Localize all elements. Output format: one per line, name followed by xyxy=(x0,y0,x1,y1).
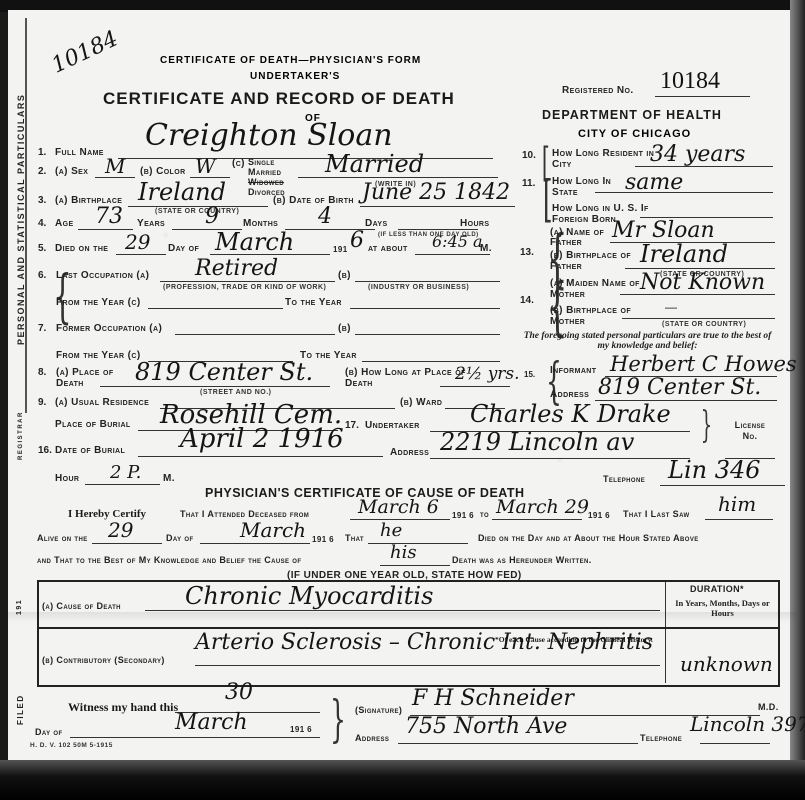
city-label: CITY OF CHICAGO xyxy=(578,128,691,140)
attended-from-value: March 6 xyxy=(358,496,439,518)
color-value: W xyxy=(195,154,216,178)
death-year-value: 6 xyxy=(350,228,364,253)
side-label-filed: FILED xyxy=(16,694,25,725)
marital-options: Single Married Widowed Divorced xyxy=(248,157,285,197)
scan-border-bottom xyxy=(0,760,805,800)
side-label-filed-year: 191 xyxy=(16,599,23,615)
hour-label: Hour xyxy=(55,473,79,484)
informant-label: Informant xyxy=(550,365,596,376)
undertaker-value: Charles K Drake xyxy=(470,400,671,428)
informant-address-label: Address xyxy=(550,389,589,400)
duration-title: DURATION* xyxy=(690,584,744,594)
mother-birthplace-label: (b) Birthplace of Mother xyxy=(550,305,640,327)
physician-address-value: 755 North Ave xyxy=(405,714,567,739)
hereby-certify-label: I Hereby Certify xyxy=(68,508,146,520)
death-time-value: 6:45 a xyxy=(432,232,483,251)
color-label: (b) Color xyxy=(140,166,186,177)
mother-maiden-label: (a) Maiden Name of Mother xyxy=(550,278,640,300)
registered-no-label: Registered No. xyxy=(562,85,634,96)
registered-no-value: 10184 xyxy=(660,68,720,95)
physician-telephone-label: Telephone xyxy=(640,733,682,743)
father-birthplace-value: Ireland xyxy=(640,240,728,268)
undertaker-telephone-label: Telephone xyxy=(603,474,645,484)
date-of-birth-value: June 25 1842 xyxy=(362,180,510,205)
signature-label: (Signature) xyxy=(355,705,402,715)
form-title-line2: UNDERTAKER'S xyxy=(250,71,340,82)
department-label: DEPARTMENT OF HEALTH xyxy=(542,108,722,122)
that-value: he xyxy=(380,520,402,541)
resident-city-value: 34 years xyxy=(650,142,745,167)
marital-status-value: Married xyxy=(325,150,424,178)
birthplace-value: Ireland xyxy=(138,178,226,206)
died-on-label: Died on the xyxy=(55,243,108,254)
undertaker-label: Undertaker xyxy=(365,420,420,431)
undertaker-address-value: 2219 Lincoln av xyxy=(440,428,634,456)
scan-border-right xyxy=(790,0,805,800)
age-years-value: 73 xyxy=(95,204,123,229)
date-of-burial-value: April 2 1916 xyxy=(180,424,344,454)
date-of-burial-label: Date of Burial xyxy=(55,445,125,456)
side-label-registrar: REGISTRAR xyxy=(18,411,24,460)
death-day-value: 29 xyxy=(125,230,150,254)
sex-label: (a) Sex xyxy=(55,166,88,177)
contributory-label: (b) Contributory (Secondary) xyxy=(42,655,165,665)
attended-to-value: March 29 xyxy=(496,496,589,518)
witness-year-value: 191 6 xyxy=(290,725,312,734)
cause-pronoun-value: his xyxy=(390,542,417,563)
physician-signature: F H Schneider xyxy=(412,686,574,711)
witness-day-value: 30 xyxy=(225,680,253,705)
place-of-burial-label: Place of Burial xyxy=(55,419,131,430)
informant-value: Herbert C Howes xyxy=(610,352,797,376)
alive-month-value: March xyxy=(240,518,306,542)
place-of-death-value: 819 Center St. xyxy=(135,358,313,386)
form-title-line1: CERTIFICATE OF DEATH—PHYSICIAN'S FORM xyxy=(160,55,421,66)
age-label: Age xyxy=(55,218,74,229)
mother-birthplace-value: — xyxy=(665,300,677,314)
cause-of-death-label: (a) Cause of Death xyxy=(42,601,121,611)
attestation-note: The foregoing stated personal particular… xyxy=(520,331,775,351)
duration-subtitle: In Years, Months, Days or Hours xyxy=(670,598,775,618)
date-of-birth-label: (b) Date of Birth xyxy=(273,195,354,206)
ward-label: (b) Ward xyxy=(400,397,442,408)
physician-telephone-value: Lincoln 397 xyxy=(690,712,805,736)
undertaker-address-label: Address xyxy=(390,447,429,458)
burial-hour-value: 2 P. xyxy=(110,462,141,483)
informant-address-value: 819 Center St. xyxy=(598,375,761,400)
mother-maiden-value: Not Known xyxy=(640,270,765,295)
death-month-value: March xyxy=(215,228,294,256)
last-occupation-label: Last Occupation (a) xyxy=(56,270,149,281)
main-title: CERTIFICATE AND RECORD OF DEATH xyxy=(103,89,455,109)
alive-day-value: 29 xyxy=(108,518,133,542)
witness-month-value: March xyxy=(175,710,248,735)
undertaker-telephone-value: Lin 346 xyxy=(668,456,761,484)
license-label: License No. xyxy=(730,420,770,442)
in-state-label: How Long In State xyxy=(552,176,632,198)
age-days-value: 4 xyxy=(318,204,332,229)
contributory-duration-value: unknown xyxy=(680,652,773,676)
former-occupation-label: Former Occupation (a) xyxy=(56,323,162,334)
physician-address-label: Address xyxy=(355,733,389,743)
last-saw-value: him xyxy=(718,492,756,516)
full-name-value: Creighton Sloan xyxy=(145,118,393,153)
full-name-label: Full Name xyxy=(55,147,104,158)
side-label-personal: PERSONAL AND STATISTICAL PARTICULARS xyxy=(16,94,26,345)
sex-value: M xyxy=(105,154,125,178)
form-code: H. D. V. 102 50M 5-1915 xyxy=(30,742,113,749)
usual-residence-label: (a) Usual Residence xyxy=(55,397,149,408)
contributory-value: Arterio Sclerosis – Chronic Int. Nephrit… xyxy=(195,630,653,655)
cause-of-death-value: Chronic Myocarditis xyxy=(185,582,433,610)
last-occupation-value: Retired xyxy=(195,256,278,281)
how-long-place-value: 2½ yrs. xyxy=(455,364,520,384)
in-state-value: same xyxy=(625,170,683,195)
witness-label: Witness my hand this xyxy=(68,700,178,715)
age-months-value: 9 xyxy=(205,204,219,229)
